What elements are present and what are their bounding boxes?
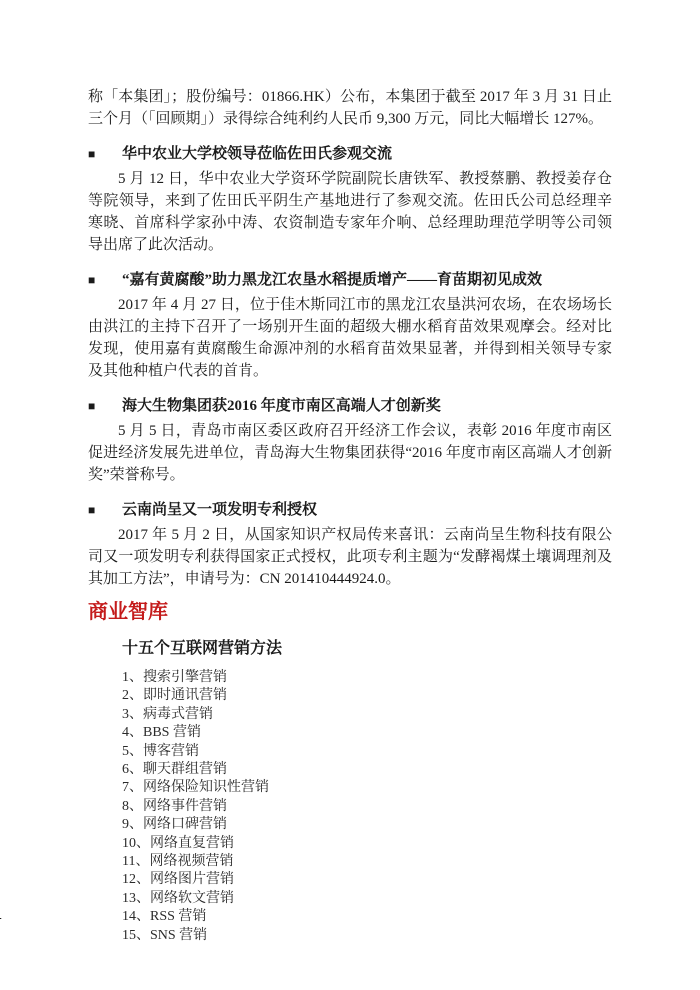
news-item-title-text: “嘉有黄腐酸”助力黑龙江农垦水稻提质增产——育苗期初见成效	[122, 269, 542, 291]
article-title: 十五个互联网营销方法	[88, 638, 612, 660]
list-item: 2、即时通讯营销	[122, 687, 612, 705]
list-item: 9、网络口碑营销	[122, 816, 612, 834]
section-title: 商业智库	[88, 599, 612, 625]
list-item: 12、网络图片营销	[122, 871, 612, 889]
list-item: 3、病毒式营销	[122, 706, 612, 724]
news-item-body: 2017 年 5 月 2 日，从国家知识产权局传来喜讯：云南尚呈生物科技有限公司…	[88, 524, 612, 590]
list-item: 4、BBS 营销	[122, 724, 612, 742]
news-item-body: 5 月 12 日，华中农业大学资环学院副院长唐铁军、教授蔡鹏、教授姜存仓等院领导…	[88, 168, 612, 256]
list-item: 1、搜索引擎营销	[122, 669, 612, 687]
square-bullet-icon: ■	[88, 143, 122, 165]
news-item-title-text: 华中农业大学校领导莅临佐田氏参观交流	[122, 143, 392, 165]
news-item-title: ■ 海大生物集团获2016 年度市南区高端人才创新奖	[88, 395, 612, 417]
news-item-title: ■ 华中农业大学校领导莅临佐田氏参观交流	[88, 143, 612, 165]
news-item-title-text: 海大生物集团获2016 年度市南区高端人才创新奖	[122, 395, 441, 417]
list-item: 15、SNS 营销	[122, 927, 612, 945]
marketing-methods-list: 1、搜索引擎营销 2、即时通讯营销 3、病毒式营销 4、BBS 营销 5、博客营…	[88, 669, 612, 945]
news-item-title: ■ “嘉有黄腐酸”助力黑龙江农垦水稻提质增产——育苗期初见成效	[88, 269, 612, 291]
list-item: 5、博客营销	[122, 743, 612, 761]
page-content: 称「本集团」；股份编号：01866.HK）公布，本集团于截至 2017 年 3 …	[88, 86, 612, 945]
square-bullet-icon: ■	[88, 395, 122, 417]
news-item-body: 2017 年 4 月 27 日，位于佳木斯同江市的黑龙江农垦洪河农场，在农场场长…	[88, 294, 612, 382]
news-item-title-text: 云南尚呈又一项发明专利授权	[122, 499, 317, 521]
list-item: 13、网络软文营销	[122, 890, 612, 908]
list-item: 6、聊天群组营销	[122, 761, 612, 779]
news-item: ■ 云南尚呈又一项发明专利授权 2017 年 5 月 2 日，从国家知识产权局传…	[88, 499, 612, 590]
document-page: { "glyphs": { "bullet": "■" }, "colors":…	[0, 0, 700, 990]
intro-paragraph: 称「本集团」；股份编号：01866.HK）公布，本集团于截至 2017 年 3 …	[88, 86, 612, 130]
news-item-body: 5 月 5 日，青岛市南区委区政府召开经济工作会议，表彰 2016 年度市南区促…	[88, 420, 612, 486]
list-item: 11、网络视频营销	[122, 853, 612, 871]
news-item: ■ “嘉有黄腐酸”助力黑龙江农垦水稻提质增产——育苗期初见成效 2017 年 4…	[88, 269, 612, 382]
list-item: 7、网络保险知识性营销	[122, 779, 612, 797]
news-item-title: ■ 云南尚呈又一项发明专利授权	[88, 499, 612, 521]
list-item: 10、网络直复营销	[122, 835, 612, 853]
square-bullet-icon: ■	[88, 269, 122, 291]
news-item: ■ 海大生物集团获2016 年度市南区高端人才创新奖 5 月 5 日，青岛市南区…	[88, 395, 612, 486]
list-item: 14、RSS 营销	[122, 908, 612, 926]
news-item: ■ 华中农业大学校领导莅临佐田氏参观交流 5 月 12 日，华中农业大学资环学院…	[88, 143, 612, 256]
page-number: 4	[0, 908, 2, 926]
square-bullet-icon: ■	[88, 499, 122, 521]
list-item: 8、网络事件营销	[122, 798, 612, 816]
